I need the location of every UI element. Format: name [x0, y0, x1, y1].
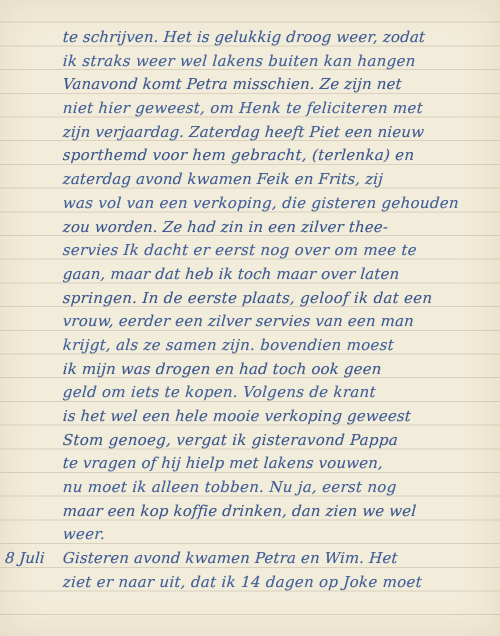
handwritten-line: Gisteren avond kwamen Petra en Wim. Het: [62, 547, 496, 571]
handwritten-line: Vanavond komt Petra misschien. Ze zijn n…: [62, 73, 496, 97]
handwritten-line: sporthemd voor hem gebracht, (terlenka) …: [62, 144, 496, 168]
handwritten-line: te schrijven. Het is gelukkig droog weer…: [62, 26, 496, 50]
letter-body: te schrijven. Het is gelukkig droog weer…: [62, 26, 494, 595]
previous-entry-continuation: te schrijven. Het is gelukkig droog weer…: [62, 26, 494, 547]
handwritten-line: nu moet ik alleen tobben. Nu ja, eerst n…: [62, 476, 496, 500]
handwritten-line: zaterdag avond kwamen Feik en Frits, zij: [62, 168, 496, 192]
handwritten-line: niet hier geweest, om Henk te felicitere…: [62, 97, 496, 121]
entry-july-8: Gisteren avond kwamen Petra en Wim. Het …: [62, 547, 494, 594]
letter-page: 8 Juli te schrijven. Het is gelukkig dro…: [0, 0, 500, 636]
handwritten-line: gaan, maar dat heb ik toch maar over lat…: [62, 263, 496, 287]
handwritten-line: springen. In de eerste plaats, geloof ik…: [62, 287, 496, 311]
handwritten-line: ziet er naar uit, dat ik 14 dagen op Jok…: [62, 571, 496, 595]
handwritten-line: was vol van een verkoping, die gisteren …: [62, 192, 496, 216]
margin-date: 8 Juli: [4, 547, 45, 571]
handwritten-line: servies Ik dacht er eerst nog over om me…: [62, 239, 496, 263]
handwritten-line: krijgt, als ze samen zijn. bovendien moe…: [62, 334, 496, 358]
handwritten-line: ik straks weer wel lakens buiten kan han…: [62, 50, 496, 74]
handwritten-line: te vragen of hij hielp met lakens vouwen…: [62, 452, 496, 476]
handwritten-line: Stom genoeg, vergat ik gisteravond Pappa: [62, 429, 496, 453]
handwritten-line: weer.: [62, 523, 496, 547]
handwritten-line: vrouw, eerder een zilver servies van een…: [62, 310, 496, 334]
handwritten-line: is het wel een hele mooie verkoping gewe…: [62, 405, 496, 429]
handwritten-line: zijn verjaardag. Zaterdag heeft Piet een…: [62, 121, 496, 145]
handwritten-line: ik mijn was drogen en had toch ook geen: [62, 358, 496, 382]
handwritten-line: maar een kop koffie drinken, dan zien we…: [62, 500, 496, 524]
handwritten-line: geld om iets te kopen. Volgens de krant: [62, 381, 496, 405]
handwritten-line: zou worden. Ze had zin in een zilver the…: [62, 216, 496, 240]
